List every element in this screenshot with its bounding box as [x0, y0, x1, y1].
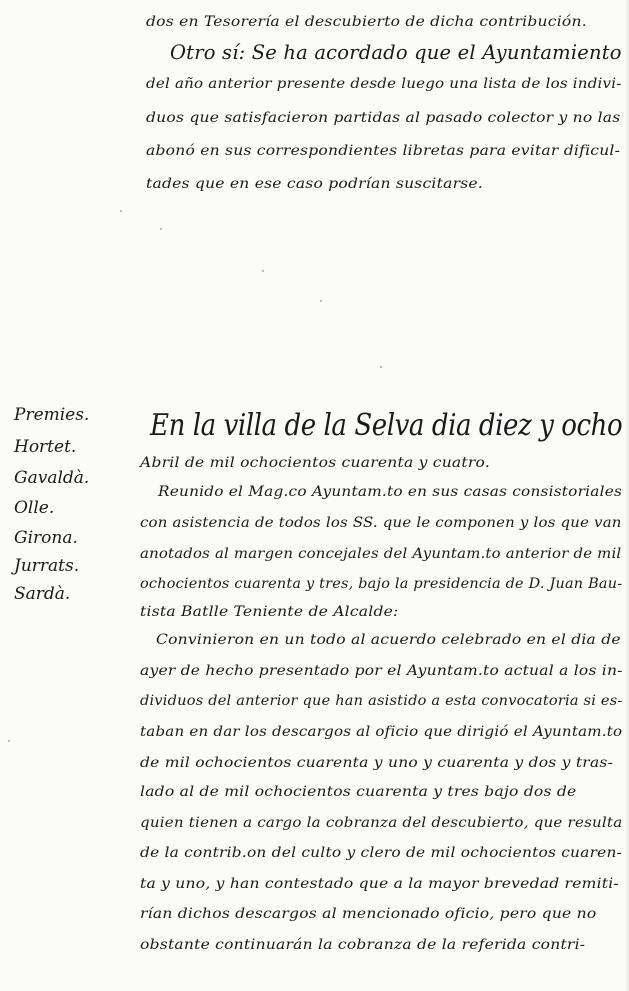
text-line: ta y uno, y han contestado que a la mayo… [140, 876, 619, 892]
text-line: del año anterior presente desde luego un… [146, 76, 622, 92]
text-line: con asistencia de todos los SS. que le c… [140, 515, 622, 531]
ink-speck [120, 210, 122, 212]
text-line: rían dichos descargos al mencionado ofic… [140, 906, 596, 922]
ink-speck [160, 228, 162, 230]
margin-name: Jurrats. [14, 556, 79, 576]
text-line: abonó en sus correspondientes libretas p… [146, 143, 620, 159]
page-edge-shadow [625, 0, 629, 991]
text-line: de mil ochocientos cuarenta y uno y cuar… [140, 755, 613, 771]
text-line: de la contrib.on del culto y clero de mi… [140, 845, 622, 861]
text-line: lado al de mil ochocientos cuarenta y tr… [140, 784, 576, 800]
ink-speck [320, 300, 322, 302]
text-line: anotados al margen concejales del Ayunta… [140, 546, 621, 562]
text-line: quien tienen a cargo la cobranza del des… [140, 815, 622, 831]
text-line: ochocientos cuarenta y tres, bajo la pre… [140, 576, 622, 592]
text-line: Abril de mil ochocientos cuarenta y cuat… [140, 455, 490, 471]
text-line: dividuos del anterior que han asistido a… [140, 693, 623, 709]
margin-name: Hortet. [14, 437, 76, 457]
ink-speck [262, 270, 264, 272]
ink-speck [380, 366, 382, 368]
text-line: taban en dar los descargos al oficio que… [140, 724, 622, 740]
text-line: obstante continuarán la cobranza de la r… [140, 937, 585, 953]
margin-name: Girona. [14, 528, 78, 548]
section-heading: En la villa de la Selva dia diez y ocho [150, 408, 622, 443]
margin-name: Olle. [14, 498, 54, 518]
text-line: Otro sí: Se ha acordado que el Ayuntamie… [170, 40, 622, 64]
text-line: ayer de hecho presentado por el Ayuntam.… [140, 663, 623, 679]
text-line: dos en Tesorería el descubierto de dicha… [146, 14, 587, 30]
ink-speck [8, 740, 10, 742]
text-line: tista Batlle Teniente de Alcalde: [140, 604, 399, 620]
text-line: Convinieron en un todo al acuerdo celebr… [156, 632, 621, 648]
margin-name: Sardà. [14, 584, 70, 604]
margin-name: Gavaldà. [14, 468, 89, 488]
text-line: tades que en ese caso podrían suscitarse… [146, 176, 483, 192]
text-line: Reunido el Mag.co Ayuntam.to en sus casa… [158, 484, 622, 500]
margin-name: Premies. [14, 405, 89, 425]
text-line: duos que satisfacieron partidas al pasad… [146, 110, 620, 126]
manuscript-page: dos en Tesorería el descubierto de dicha… [0, 0, 629, 991]
